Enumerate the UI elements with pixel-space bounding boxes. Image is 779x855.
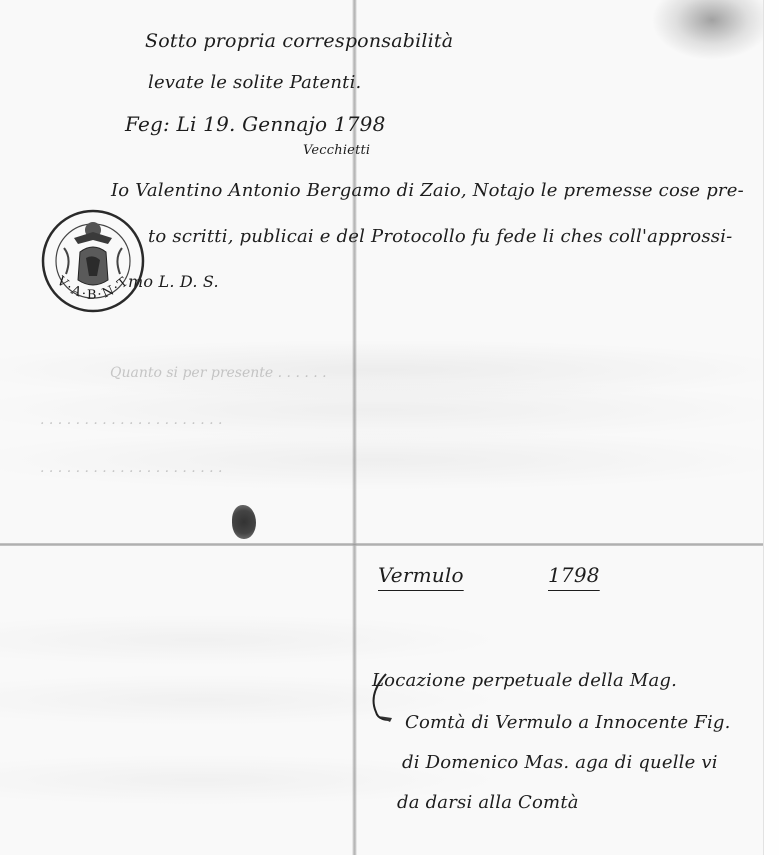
- faded-line: . . . . . . . . . . . . . . . . . . . . …: [40, 460, 222, 476]
- text-line: di Domenico Mas. aga di quelle vi: [402, 752, 718, 773]
- faded-line: . . . . . . . . . . . . . . . . . . . . …: [40, 412, 222, 428]
- faded-line: Quanto si per presente . . . . . .: [110, 365, 327, 381]
- text-line: Sotto propria corresponsabilità: [145, 30, 453, 52]
- ink-blot: [232, 505, 256, 539]
- date-line: Feg: Li 19. Gennajo 1798: [125, 112, 386, 136]
- text-line: Comtà di Vermulo a Innocente Fig.: [405, 712, 731, 733]
- heading-place: Vermulo: [378, 563, 464, 587]
- text-line: Locazione perpetuale della Mag.: [372, 670, 677, 691]
- text-line: to scritti, publicai e del Protocollo fu…: [148, 226, 732, 247]
- heading-year: 1798: [548, 563, 600, 587]
- horizontal-fold-line: [0, 543, 763, 546]
- notary-seal-icon: V·A·B·N·T: [34, 208, 152, 314]
- text-line: levate le solite Patenti.: [148, 72, 361, 93]
- text-line: da darsi alla Comtà: [397, 792, 579, 813]
- signature-name: Vecchietti: [303, 143, 370, 158]
- document-page: Quanto si per presente . . . . . . . . .…: [0, 0, 779, 855]
- text-line: Io Valentino Antonio Bergamo di Zaio, No…: [111, 180, 744, 201]
- page-right-edge: [763, 0, 779, 855]
